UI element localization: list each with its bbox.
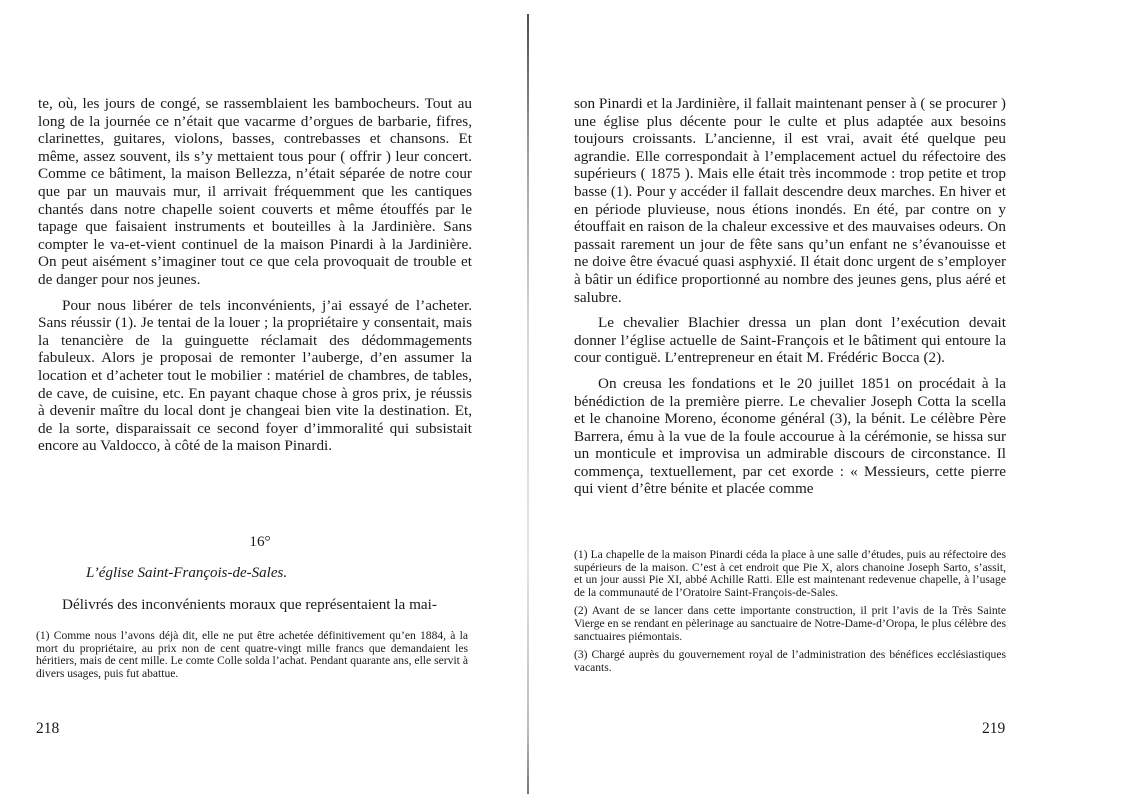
left-footnotes: (1) Comme nous l’avons déjà dit, elle ne… (36, 630, 468, 686)
footnote: (1) La chapelle de la maison Pinardi céd… (574, 549, 1006, 599)
footnote: (1) Comme nous l’avons déjà dit, elle ne… (36, 630, 468, 680)
paragraph: Pour nous libérer de tels inconvénients,… (38, 297, 472, 455)
page-number: 218 (36, 720, 59, 738)
chapter-title: L’église Saint-François-de-Sales. (86, 565, 287, 582)
right-page: son Pinardi et la Jardinière, il fallait… (560, 0, 1080, 794)
right-body-text: son Pinardi et la Jardinière, il fallait… (574, 95, 1006, 506)
paragraph: Le chevalier Blachier dressa un plan don… (574, 314, 1006, 367)
book-gutter-divider (527, 14, 529, 794)
chapter-lead-paragraph: Délivrés des inconvénients moraux que re… (38, 596, 472, 614)
paragraph: te, où, les jours de congé, se rassembla… (38, 95, 472, 289)
right-footnotes: (1) La chapelle de la maison Pinardi céd… (574, 549, 1006, 680)
left-page: te, où, les jours de congé, se rassembla… (0, 0, 520, 794)
left-body-text: te, où, les jours de congé, se rassembla… (38, 95, 472, 463)
footnote: (3) Chargé auprès du gouvernement royal … (574, 649, 1006, 674)
footnote: (2) Avant de se lancer dans cette import… (574, 605, 1006, 643)
paragraph: On creusa les fondations et le 20 juille… (574, 375, 1006, 498)
page-number: 219 (982, 720, 1005, 738)
chapter-number: 16° (0, 533, 520, 551)
paragraph: son Pinardi et la Jardinière, il fallait… (574, 95, 1006, 306)
